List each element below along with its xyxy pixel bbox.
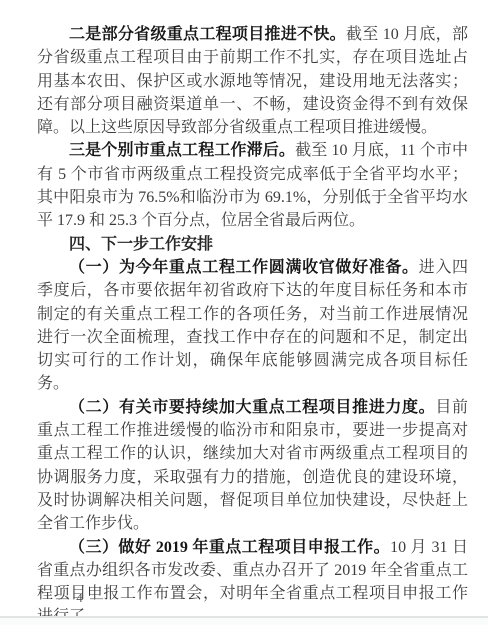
- paragraph-city-work-lagging: 三是个别市重点工程工作滞后。截至 10 月底，11 个市中有 5 个市省市两级重…: [37, 139, 468, 232]
- paragraph-text: 目前重点工程工作推进缓慢的临汾市和阳泉市，要进一步提高对重点工程工作的认识，继续…: [37, 399, 468, 532]
- page-number: — 4 —: [56, 590, 105, 606]
- paragraph-lead: （二）有关市要持续加大重点工程项目推进力度。: [69, 399, 435, 416]
- paragraph-year-end-preparation: （一）为今年重点工程工作圆满收官做好准备。进入四季度后，各市要依据年初省政府下达…: [37, 256, 468, 396]
- document-page: 二是部分省级重点工程项目推进不快。截至 10 月底，部分省级重点工程项目由于前期…: [0, 0, 488, 625]
- paragraph-lead: （三）做好 2019 年重点工程项目申报工作。: [69, 539, 390, 556]
- paragraph-lead: 三是个别市重点工程工作滞后。: [69, 142, 295, 159]
- section-heading-next-steps: 四、下一步工作安排: [37, 233, 468, 256]
- paragraph-lead: （一）为今年重点工程工作圆满收官做好准备。: [69, 259, 419, 276]
- paragraph-increase-promotion: （二）有关市要持续加大重点工程项目推进力度。目前重点工程工作推进缓慢的临汾市和阳…: [37, 396, 468, 536]
- page-bottom-edge: [0, 616, 488, 625]
- paragraph-lead: 二是部分省级重点工程项目推进不快。: [69, 26, 346, 43]
- paragraph-text: 进入四季度后，各市要依据年初省政府下达的年度目标任务和本市制定的有关重点工程工作…: [37, 259, 468, 392]
- paragraph-2019-declaration: （三）做好 2019 年重点工程项目申报工作。10 月 31 日省重点办组织各市…: [37, 536, 468, 625]
- document-body: 二是部分省级重点工程项目推进不快。截至 10 月底，部分省级重点工程项目由于前期…: [37, 23, 468, 625]
- paragraph-provincial-projects-slow: 二是部分省级重点工程项目推进不快。截至 10 月底，部分省级重点工程项目由于前期…: [37, 23, 468, 139]
